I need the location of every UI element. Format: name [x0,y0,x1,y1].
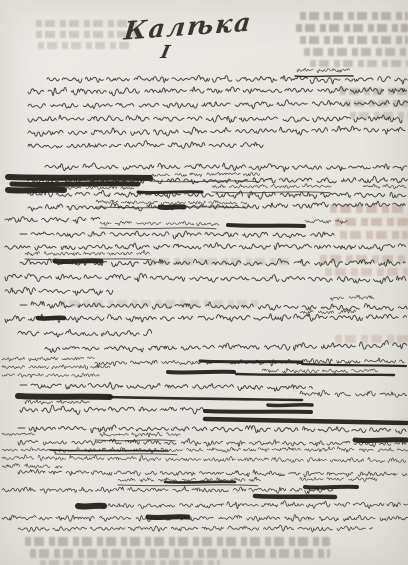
handwriting-line [28,201,405,211]
strikethrough-mark [8,177,150,178]
handwriting-line [108,501,407,509]
underline-mark [118,485,258,486]
handwriting-line [2,455,406,463]
handwriting-line [300,310,355,315]
strikethrough-mark [255,496,335,497]
strikethrough-mark [18,396,110,397]
handwriting-line [28,126,408,136]
strikethrough-mark [168,372,234,373]
handwriting-line [20,405,204,414]
handwriting-line [100,221,219,226]
underline-mark [100,228,216,229]
handwriting-line [25,251,155,256]
handwriting-line [118,477,260,482]
underline-mark [25,259,151,260]
handwriting-line [297,68,350,72]
handwriting-line [96,200,247,205]
strikethrough-mark [355,440,407,441]
handwriting-line [28,100,408,109]
strikethrough-mark [108,397,302,400]
handwriting-line [28,141,263,149]
handwriting-line [45,163,407,171]
strikethrough-mark [200,361,302,362]
handwriting-line [2,464,62,469]
strikethrough-mark [236,374,394,375]
strikethrough-mark [205,419,407,423]
handwriting-line [5,243,406,251]
handwriting-line [2,433,38,436]
handwriting-line [300,477,382,481]
strikethrough-mark [38,318,64,319]
handwriting-line [20,301,407,310]
handwriting-line [20,382,312,391]
handwriting-line [2,357,95,361]
handwriting-line [2,365,114,369]
handwriting-line [100,432,180,437]
handwriting-line [5,287,113,295]
strikethrough-mark [50,450,168,451]
handwriting-line [305,220,347,224]
strikethrough-mark [268,405,312,406]
strikethrough-mark [55,261,101,262]
handwriting-line [300,390,407,397]
handwriting-line [330,295,378,300]
handwriting-line [45,340,407,352]
strikethrough-mark [165,482,235,483]
strikethrough-mark [138,192,202,193]
handwriting-line [47,75,407,84]
handwriting-line [18,525,372,532]
underline-mark [212,192,330,193]
handwriting-line [28,115,405,123]
underline-mark [95,440,175,441]
handwriting-line [363,184,406,189]
handwriting-line [258,447,408,453]
handwriting-line [2,373,104,377]
handwriting-line [212,184,331,189]
manuscript-page: Калѣка I [0,0,408,565]
strikethrough-mark [78,506,104,507]
strikethrough-mark [12,184,138,185]
strikethrough-mark [148,517,188,518]
handwriting-line [25,400,89,404]
strikethrough-mark [295,76,353,77]
strikethrough-mark [8,190,64,191]
strikethrough-mark [205,411,311,412]
handwriting-line [18,470,407,477]
handwriting-layer [0,0,408,565]
handwriting-line [28,86,406,95]
handwriting-line [20,231,334,239]
handwriting-line [5,217,100,224]
handwriting-line [5,273,406,283]
strikethrough-mark [305,487,357,488]
strikethrough-mark [228,225,304,226]
underline-mark [55,454,177,455]
handwriting-line [150,172,260,176]
handwriting-line [2,515,408,522]
handwriting-line [18,439,406,447]
handwriting-line [262,368,381,373]
handwriting-line [2,487,333,494]
handwriting-line [18,329,152,337]
handwriting-line [18,425,406,434]
strikethrough-mark [302,364,406,366]
